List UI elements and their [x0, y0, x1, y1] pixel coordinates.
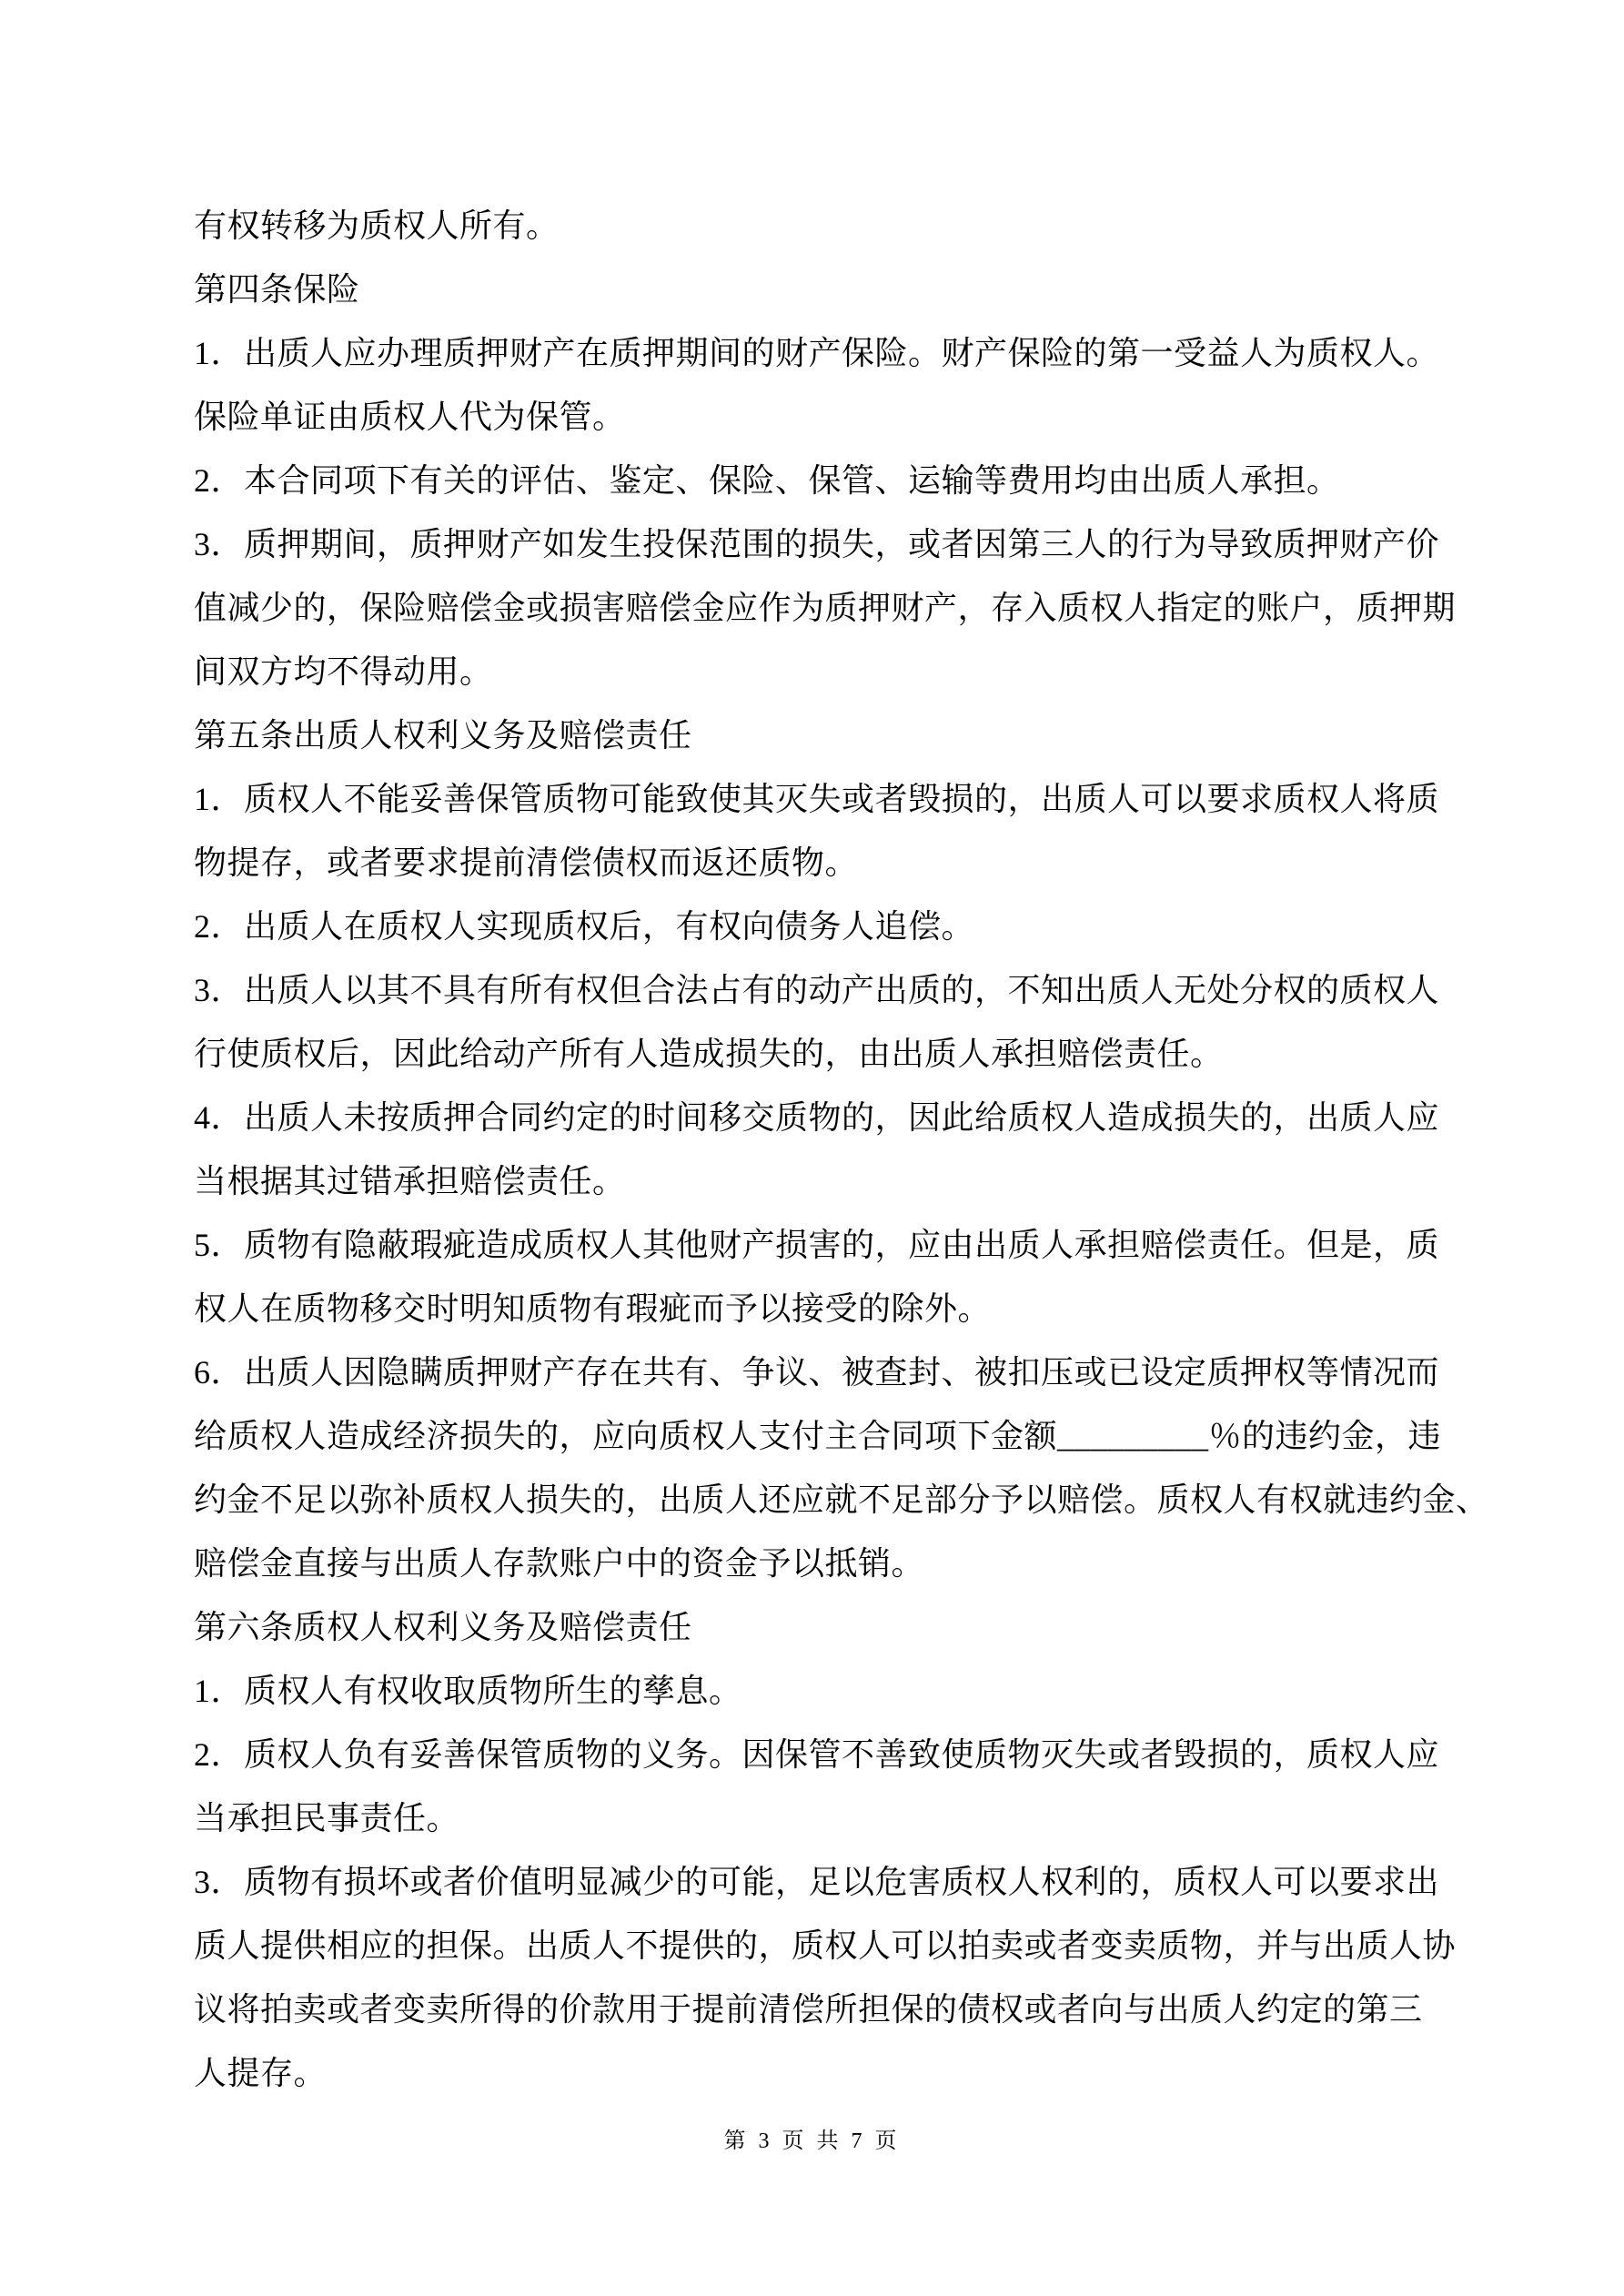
document-line: 权人在质物移交时明知质物有瑕疵而予以接受的除外。 — [194, 1277, 1522, 1340]
document-line: 1．质权人有权收取质物所生的孳息。 — [194, 1659, 1522, 1723]
document-text: 有权转移为质权人所有。 第四条保险 1．出质人应办理质押财产在质押期间的财产保险… — [194, 194, 1522, 2105]
document-line: 行使质权后，因此给动产所有人造成损失的，由出质人承担赔偿责任。 — [194, 1022, 1522, 1086]
document-line: 值减少的，保险赔偿金或损害赔偿金应作为质押财产，存入质权人指定的账户，质押期 — [194, 576, 1522, 640]
document-line: 1．出质人应办理质押财产在质押期间的财产保险。财产保险的第一受益人为质权人。 — [194, 321, 1522, 385]
document-line: 4．出质人未按质押合同约定的时间移交质物的，因此给质权人造成损失的，出质人应 — [194, 1086, 1522, 1149]
document-line: 1．质权人不能妥善保管质物可能致使其灭失或者毁损的，出质人可以要求质权人将质 — [194, 767, 1522, 831]
document-line: 当根据其过错承担赔偿责任。 — [194, 1149, 1522, 1213]
document-line: 人提存。 — [194, 2041, 1522, 2105]
document-line: 物提存，或者要求提前清偿债权而返还质物。 — [194, 831, 1522, 895]
document-line: 间双方均不得动用。 — [194, 640, 1522, 703]
article-heading: 第六条质权人权利义务及赔偿责任 — [194, 1595, 1522, 1659]
document-line: 2．出质人在质权人实现质权后，有权向债务人追偿。 — [194, 895, 1522, 958]
document-line: 3．出质人以其不具有所有权但合法占有的动产出质的，不知出质人无处分权的质权人 — [194, 958, 1522, 1022]
document-line: 质人提供相应的担保。出质人不提供的，质权人可以拍卖或者变卖质物，并与出质人协 — [194, 1914, 1522, 1977]
document-line: 赔偿金直接与出质人存款账户中的资金予以抵销。 — [194, 1532, 1522, 1595]
document-line: 约金不足以弥补质权人损失的，出质人还应就不足部分予以赔偿。质权人有权就违约金、 — [194, 1468, 1522, 1532]
article-heading: 第四条保险 — [194, 258, 1522, 321]
document-line: 有权转移为质权人所有。 — [194, 194, 1522, 258]
document-line-with-blank: 给质权人造成经济损失的，应向质权人支付主合同项下金额_________％的违约金… — [194, 1404, 1522, 1468]
page-number: 第 3 页 共 7 页 — [0, 2128, 1624, 2155]
document-line: 2．质权人负有妥善保管质物的义务。因保管不善致使质物灭失或者毁损的，质权人应 — [194, 1723, 1522, 1786]
document-line: 5．质物有隐蔽瑕疵造成质权人其他财产损害的，应由出质人承担赔偿责任。但是，质 — [194, 1213, 1522, 1277]
document-line: 3．质物有损坏或者价值明显减少的可能，足以危害质权人权利的，质权人可以要求出 — [194, 1850, 1522, 1914]
document-line: 当承担民事责任。 — [194, 1786, 1522, 1850]
document-page: 有权转移为质权人所有。 第四条保险 1．出质人应办理质押财产在质押期间的财产保险… — [0, 0, 1624, 2296]
document-line: 议将拍卖或者变卖所得的价款用于提前清偿所担保的债权或者向与出质人约定的第三 — [194, 1977, 1522, 2041]
document-line: 6．出质人因隐瞒质押财产存在共有、争议、被查封、被扣压或已设定质押权等情况而 — [194, 1340, 1522, 1404]
article-heading: 第五条出质人权利义务及赔偿责任 — [194, 703, 1522, 767]
document-line: 3．质押期间，质押财产如发生投保范围的损失，或者因第三人的行为导致质押财产价 — [194, 512, 1522, 576]
document-line: 保险单证由质权人代为保管。 — [194, 385, 1522, 449]
document-line: 2．本合同项下有关的评估、鉴定、保险、保管、运输等费用均由出质人承担。 — [194, 449, 1522, 512]
